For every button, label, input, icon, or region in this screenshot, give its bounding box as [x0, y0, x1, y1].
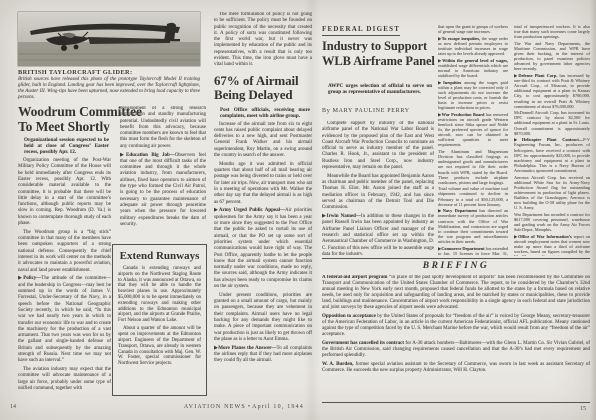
glider-silhouette-art	[18, 12, 200, 66]
paragraph: ▶Army Urged Public Appeal—Air priorities…	[214, 208, 312, 290]
digest-item: ▶Defense Plant Corp. has increased by on…	[514, 73, 590, 109]
digest-text: has directed an immediate survey of prod…	[438, 208, 508, 244]
digest-text: The War and Navy Departments, the Mariti…	[514, 41, 590, 71]
paragraph: Under present conditions, priorities are…	[214, 293, 312, 343]
paragraph: The aviation industry may expect that th…	[18, 367, 111, 392]
magazine-masthead: AVIATION NEWS•April 10, 1944	[184, 404, 304, 410]
digest-text: McDonnell Aircraft Corp. has increased i…	[514, 110, 590, 135]
digest-column-b: total of inexperienced workers. It is al…	[514, 24, 590, 256]
briefing-lead: A federal-aid airport program	[322, 275, 387, 280]
digest-item: Total volume and value of machine tool s…	[438, 186, 508, 206]
left-column-2: development of a strong research organiz…	[120, 106, 206, 240]
digest-text: The Aluminum and Magnesium Division has …	[438, 149, 508, 185]
page-number-right: 15	[580, 406, 586, 412]
digest-column-a: that upon the grant to groups of workers…	[438, 24, 508, 256]
digest-item: total of inexperienced workers. It is al…	[514, 24, 590, 39]
briefing-item: Opposition to acceptance by the United S…	[322, 314, 590, 338]
digest-text: has increased by one-third its contract …	[514, 73, 590, 109]
digest-text: has removed restrictions on aircraft gra…	[438, 112, 508, 148]
briefing-item: A federal-aid airport program “in place …	[322, 275, 590, 311]
issue-date: April 10, 1944	[252, 404, 304, 410]
byline: By MARY PAULINE PERRY	[322, 108, 410, 114]
briefing-item: Government has cancelled its contract fo…	[322, 341, 590, 359]
airmail-headline: 67% of Airmail Being Delayed	[214, 74, 312, 103]
airmail-deck: Post Office officials, receiving more co…	[214, 107, 312, 119]
digest-text: Total volume and value of machine tool s…	[438, 186, 508, 206]
paragraph-lead: ▶More Planes the Answer—	[214, 346, 277, 351]
digest-text: among the wages paid within a plant may …	[438, 80, 508, 110]
paragraph-lead: ▶Education Big Job—	[120, 153, 175, 158]
digest-text: that upon the grant to groups of workers…	[438, 24, 508, 34]
left-page-footer: 14 AVIATION NEWS•April 10, 1944	[10, 404, 308, 414]
briefing-text: former special aviation assistant to the…	[322, 362, 590, 373]
digest-item: ▶Navy Department has directed an immedia…	[438, 208, 508, 244]
page-fold	[304, 0, 320, 420]
briefing-lead: Opposition to acceptance	[322, 314, 376, 319]
paragraph: Meanwhile the Board has appointed Benjam…	[322, 174, 434, 212]
federal-digest-kicker: FEDERAL DIGEST	[322, 25, 400, 36]
paragraph-text: In addition to these changes in the pane…	[322, 214, 434, 255]
paragraph-text: The attitude of the committee—and the le…	[18, 276, 111, 363]
briefing-lead: Government has cancelled its contract	[322, 341, 404, 346]
briefing-body: A federal-aid airport program “in place …	[322, 275, 590, 399]
industry-deck: AWPC urges selection of official to serv…	[328, 83, 432, 95]
digest-item: McDonnell Aircraft Corp. has increased i…	[514, 110, 590, 135]
paragraph: Organization meeting of the Post-War Mil…	[18, 158, 111, 227]
digest-item: ▶Inequities among the wages paid within …	[438, 80, 508, 111]
page-number-left: 14	[10, 404, 16, 410]
briefing-rule-bottom	[322, 402, 590, 403]
extend-runways-title: Extend Runways	[118, 250, 201, 262]
photo-caption: British sources have released this photo…	[18, 77, 200, 101]
extend-runways-box: Extend Runways Canada is extending runwa…	[112, 244, 207, 396]
digest-item: The War and Navy Departments, the Mariti…	[514, 41, 590, 72]
paragraph-text: Observers feel that one of the most diff…	[120, 153, 206, 227]
digest-item: ▶Within the general level of wages, esta…	[438, 58, 508, 78]
paragraph-text: Air priorities spokesmen for the Army sa…	[214, 208, 312, 289]
digest-text: total of inexperienced workers. It is al…	[514, 24, 590, 39]
paragraph: About a quarter of the amount will be sp…	[118, 326, 201, 367]
paragraph: Complete support by industry of the nati…	[322, 121, 434, 171]
woodrum-deck: Organizational session expected to be he…	[18, 137, 111, 156]
paragraph: ▶Education Big Job—Observers feel that o…	[120, 153, 206, 229]
paragraph: Increase of the airmail rate from six to…	[214, 122, 312, 160]
left-column-1: Organizational session expected to be he…	[18, 137, 111, 403]
paragraph: ▶More Planes the Answer—To all complaint…	[214, 346, 312, 365]
taylorcraft-glider-photo	[18, 12, 200, 66]
digest-item: The Aluminum and Magnesium Division has …	[438, 149, 508, 185]
photo-caption-title: BRITISH TAYLORCRAFT GLIDER:	[18, 69, 200, 76]
left-column-3: The mere formulation of policy is not go…	[214, 12, 312, 404]
digest-item: War Department has awarded a contract fo…	[514, 212, 590, 232]
page-left: BRITISH TAYLORCRAFT GLIDER: British sour…	[8, 8, 308, 412]
right-column-1: Complete support by industry of the nati…	[322, 121, 434, 255]
magazine-name: AVIATION NEWS	[184, 404, 246, 410]
briefing-rule-top	[322, 258, 590, 259]
paragraph-lead: ▶Army Urged Public Appeal—	[214, 208, 285, 213]
digest-item: ▶War Production Board has removed restri…	[438, 112, 508, 148]
industry-headline-line2: WLB Airframe Panel	[322, 54, 444, 69]
digest-text: War Department has awarded a contract fo…	[514, 212, 590, 232]
airmail-headline-line2: Being Delayed	[214, 88, 312, 103]
industry-headline-line1: Industry to Support	[322, 39, 444, 54]
digest-text: P-V Engineering Forum, Inc., producers o…	[514, 137, 590, 173]
paragraph-lead: ▶Policy—	[18, 276, 41, 281]
briefing-item: W. A. Burden, former special aviation as…	[322, 362, 590, 374]
airmail-headline-line1: 67% of Airmail	[214, 74, 312, 89]
digest-item: ▶Commerce Department has extended to Jan…	[438, 246, 508, 256]
page-right: FEDERAL DIGEST Industry to Support WLB A…	[316, 8, 592, 412]
paragraph: Canada is extending runways and airports…	[118, 266, 201, 324]
paragraph: ▶Irwin Named—In addition to these change…	[322, 214, 434, 255]
briefing-lead: W. A. Burden,	[322, 362, 354, 367]
paragraph: The mere formulation of policy is not go…	[214, 12, 312, 69]
digest-item: Aeronca Aircraft Corp. has received an a…	[514, 175, 590, 211]
industry-headline: Industry to Support WLB Airframe Panel	[322, 39, 444, 68]
paragraph: The Woodrum group is a “big stick” commi…	[18, 230, 111, 274]
digest-item: ▶To escape inequities, the wage order as…	[438, 36, 508, 56]
paragraph: ▶Policy—The attitude of the committee—an…	[18, 276, 111, 364]
paragraph: Months ago it was admitted in official q…	[214, 162, 312, 206]
paragraph-lead: ▶Irwin Named—	[322, 214, 361, 219]
paragraph: development of a strong research organiz…	[120, 106, 206, 150]
digest-text: established wage differentials which are…	[438, 63, 508, 78]
briefing-text: “in place of the past spotty development…	[322, 275, 590, 310]
digest-text: Aeronca Aircraft Corp. has received an a…	[514, 175, 590, 211]
digest-item: that upon the grant to groups of workers…	[438, 24, 508, 34]
magazine-spread: BRITISH TAYLORCRAFT GLIDER: British sour…	[0, 0, 596, 420]
digest-item: ▶Office of War Information’s report on a…	[514, 234, 590, 256]
digest-item: ▶Helicopter Plant Contract—P-V Engineeri…	[514, 137, 590, 173]
briefing-title: BRIEFING	[322, 261, 590, 271]
page-edge-shadow	[590, 0, 596, 420]
